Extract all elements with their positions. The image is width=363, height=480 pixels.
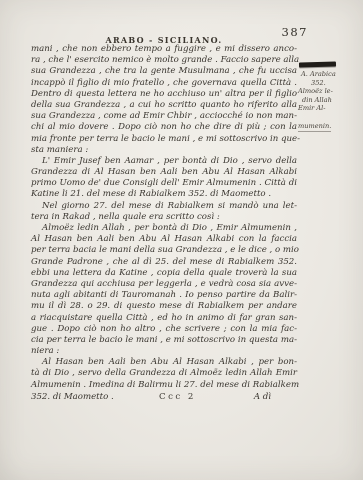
text-line: Almoëz ledin Allah , per bontà di Dio , … — [31, 223, 297, 234]
gathering-signature: Ccc 2 — [159, 392, 196, 403]
text-line: Grande Padrone , che al dì 25. del mese … — [31, 257, 297, 268]
text-line: per terra bacia le mani della sua Grande… — [31, 245, 297, 256]
text-line: L' Emir Jusef ben Aamar , per bontà di D… — [31, 156, 297, 167]
text-line: Dentro di questa lettera ne ho acchiuso … — [31, 89, 297, 100]
text-line: sua Grandezza , che tra la gente Musulma… — [31, 66, 297, 77]
text-line: Nel giorno 27. del mese di Rabialkem si … — [31, 201, 297, 212]
footer-line: 352. di Maometto . Ccc 2 A dì — [31, 392, 297, 403]
text-line: tera in Rakad , nella quale era scritto … — [31, 212, 297, 223]
text-line: niera : — [31, 346, 297, 357]
text-line: mia fronte per terra le bacio le mani , … — [31, 134, 297, 145]
margin-note-line: din Allah — [298, 96, 360, 105]
margin-note-line: 352. — [298, 79, 360, 88]
redaction-bar-icon — [299, 62, 336, 68]
margin-note-line: A. Arabica — [298, 70, 360, 79]
margin-note-line: Emir Al- — [298, 104, 360, 113]
text-line: Al Hasan ben Aali ben Abu Al Hasan Alkab… — [31, 357, 297, 368]
text-line: sta maniera : — [31, 145, 297, 156]
page-number: 387 — [282, 25, 308, 39]
text-line: Almumenin . Imedina di Balirmu li 27. de… — [31, 380, 297, 391]
text-line: sua Grandezza , come ad Emir Chbir , acc… — [31, 111, 297, 122]
text-line: ebbi una lettera da Katine , copia della… — [31, 268, 297, 279]
text-line: nuta agli abitanti di Tauromanah . Io pe… — [31, 290, 297, 301]
text-line: chi al mio dovere . Dopo ciò non ho che … — [31, 122, 297, 133]
scanned-book-page: ARABO - SICILIANO. 387 mani , che non eb… — [0, 0, 363, 480]
text-line: tà di Dio , servo della Grandezza di Alm… — [31, 368, 297, 379]
paragraph-last-text: 352. di Maometto . — [31, 392, 114, 403]
text-line: della sua Grandezza , a cui ho scritto q… — [31, 100, 297, 111]
text-line: mu il dì 28. o 29. di questo mese di Rab… — [31, 301, 297, 312]
text-line: incappò il figlio di mio fratello , che … — [31, 78, 297, 89]
text-line: Grandezza qui acchiusa per leggerla , e … — [31, 279, 297, 290]
margin-note-line: Almoëz le- — [298, 87, 360, 96]
text-line: primo Uomo de' due Consigli dell' Emir A… — [31, 178, 297, 189]
catchword: A dì — [254, 392, 271, 403]
body-text: mani , che non ebbero tempo a fuggire , … — [31, 44, 297, 391]
text-line: a riacquistare quella Città , ed ho in a… — [31, 313, 297, 324]
margin-note: A. Arabica352.Almoëz le-din AllahEmir Al… — [298, 62, 360, 132]
text-line: mani , che non ebbero tempo a fuggire , … — [31, 44, 297, 55]
text-line: cia per terra le bacio le mani , e mi so… — [31, 335, 297, 346]
text-line: Al Hasan ben Aali ben Abu Al Hasan Alkab… — [31, 234, 297, 245]
text-line: Grandezza di Al Hasan ben Aali ben Abu A… — [31, 167, 297, 178]
text-line: gue . Dopo ciò non ho altro , che scrive… — [31, 324, 297, 335]
text-line: ra , che l' esercito nemico è molto gran… — [31, 55, 297, 66]
text-line: Katine li 21. del mese di Rabialkem 352.… — [31, 189, 297, 200]
margin-note-line: mumenin. — [298, 122, 331, 132]
